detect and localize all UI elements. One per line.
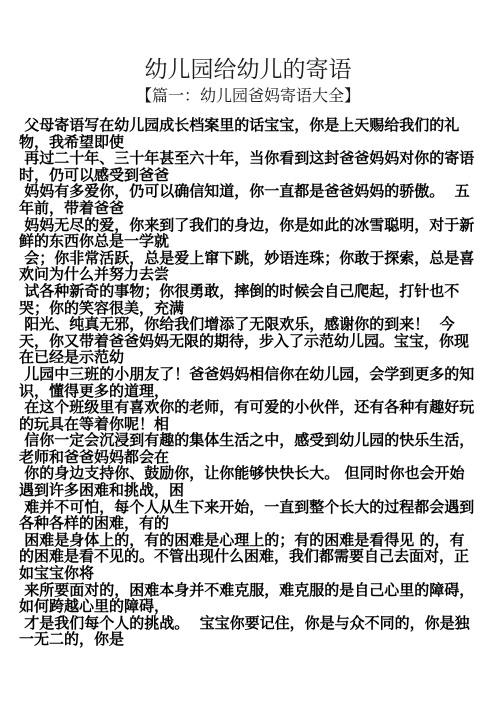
document-body: 父母寄语写在幼儿园成长档案里的话宝宝，你是上天赐给我们的礼物，我希望即使 再过二… bbox=[19, 117, 476, 648]
body-paragraph: 在这个班级里有喜欢你的老师，有可爱的小伙伴，还有各种有趣好玩的玩具在等着你呢！相 bbox=[19, 399, 476, 432]
body-paragraph: 试各种新奇的事物；你很勇敢，摔倒的时候会自己爬起，打针也不哭；你的笑容很美，充满 bbox=[19, 283, 476, 316]
body-paragraph: 妈妈有多爱你，仍可以确信知道，你一直都是爸爸妈妈的骄傲。 五年前，带着爸爸 bbox=[19, 183, 476, 216]
body-paragraph: 儿园中三班的小朋友了！爸爸妈妈相信你在幼儿园，会学到更多的知识，懂得更多的道理， bbox=[19, 366, 476, 399]
section-heading: 【篇一：幼儿园爸妈寄语大全】 bbox=[19, 86, 477, 106]
body-paragraph: 来所要面对的，困难本身并不难克服，难克服的是自己心里的障碍，如何跨越心里的障碍， bbox=[19, 582, 476, 615]
document-page: 幼儿园给幼儿的寄语 【篇一：幼儿园爸妈寄语大全】 父母寄语写在幼儿园成长档案里的… bbox=[0, 0, 496, 702]
body-paragraph: 阳光、纯真无邪，你给我们增添了无限欢乐，感谢你的到来！ 今天，你又带着爸爸妈妈无… bbox=[19, 316, 476, 366]
page-title: 幼儿园给幼儿的寄语 bbox=[19, 55, 477, 85]
body-paragraph: 你的身边支持你、鼓励你，让你能够快快长大。 但同时你也会开始遇到许多困难和挑战，… bbox=[19, 465, 476, 498]
body-paragraph: 会；你非常活跃，总是爱上窜下跳，妙语连珠；你敢于探索，总是喜欢问为什么并努力去尝 bbox=[19, 250, 476, 283]
body-paragraph: 信你一定会沉浸到有趣的集体生活之中，感受到幼儿园的快乐生活，老师和爸爸妈妈都会在 bbox=[19, 432, 476, 465]
body-paragraph: 再过二十年、三十年甚至六十年，当你看到这封爸爸妈妈对你的寄语时，仍可以感受到爸爸 bbox=[19, 150, 476, 183]
body-paragraph: 难并不可怕，每个人从生下来开始，一直到整个长大的过程都会遇到各种各样的困难，有的 bbox=[19, 499, 476, 532]
body-paragraph: 妈妈无尽的爱，你来到了我们的身边，你是如此的冰雪聪明，对于新鲜的东西你总是一学就 bbox=[19, 217, 476, 250]
body-paragraph: 才是我们每个人的挑战。 宝宝你要记住，你是与众不同的，你是独一无二的，你是 bbox=[19, 615, 476, 648]
body-paragraph: 困难是身体上的，有的困难是心理上的；有的困难是看得见 的，有的困难是看不见的。不… bbox=[19, 532, 476, 582]
body-paragraph: 父母寄语写在幼儿园成长档案里的话宝宝，你是上天赐给我们的礼物，我希望即使 bbox=[19, 117, 476, 150]
